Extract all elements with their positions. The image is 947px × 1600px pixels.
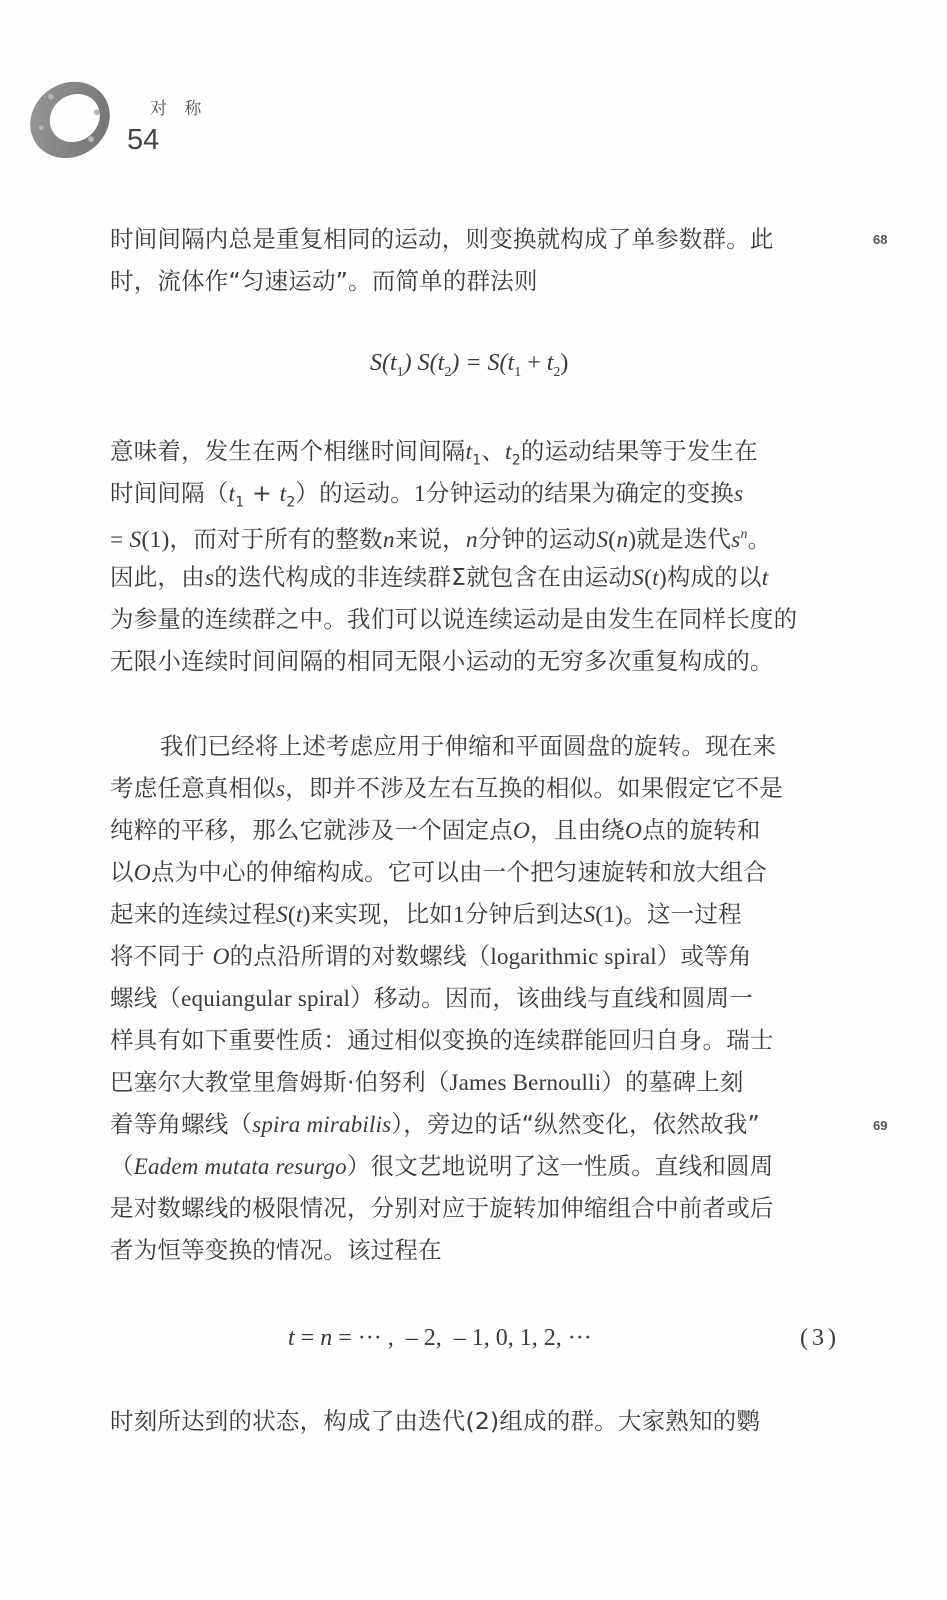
- text-run: 就是迭代: [636, 525, 731, 553]
- math-var: S: [583, 902, 595, 928]
- eq-part: S(: [370, 350, 390, 376]
- text-run: 来说，: [395, 525, 466, 553]
- text-run: 构成的以: [667, 563, 762, 591]
- math-arg: (1): [141, 527, 169, 553]
- text-run: ）的墓碑上刻: [601, 1068, 743, 1096]
- text-run: 纯粹的平移，那么它就涉及一个固定点: [110, 816, 513, 844]
- math-var: t: [505, 439, 512, 465]
- eq-part: ) S(: [404, 350, 438, 376]
- math-arg: (1): [595, 902, 623, 928]
- math-paren: (: [644, 565, 652, 591]
- equation-group-law: S(t1) S(t2) = S(t1 + t2): [370, 350, 568, 381]
- text-run: 将不同于: [110, 942, 212, 970]
- math-var: S: [130, 527, 142, 553]
- text-run: 来实现，比如: [311, 900, 453, 928]
- math-var: n: [616, 527, 628, 553]
- eq-part: ) = S(: [451, 350, 507, 376]
- text-line: 为参量的连续群之中。我们可以说连续运动是由发生在同样长度的: [110, 604, 845, 634]
- math-paren: ): [303, 902, 311, 928]
- margin-page-ref-top: 68: [873, 232, 887, 247]
- math-paren: (: [288, 902, 296, 928]
- eq-sub: 1: [397, 365, 404, 380]
- text-line: 无限小连续时间间隔的相同无限小运动的无穷多次重复构成的。: [110, 646, 845, 676]
- text-run: ，即并不涉及左右互换的相似。如果假定它不是: [285, 774, 783, 802]
- text-line: 时，流体作“匀速运动”。而简单的群法则: [110, 266, 845, 296]
- math-var: s: [734, 481, 743, 507]
- math-var: n: [383, 527, 395, 553]
- text-run: 的迭代构成的非连续群Σ就包含在由运动: [214, 563, 632, 591]
- number: 1: [453, 902, 465, 928]
- text-run: 点的旋转和: [642, 816, 761, 844]
- text-run: 分钟后到达: [465, 900, 584, 928]
- math-var: n: [466, 527, 478, 553]
- eq-op: =: [295, 1325, 321, 1351]
- text-run: 。: [748, 525, 772, 553]
- text-run: 着等角螺线（: [110, 1110, 252, 1138]
- text-line: 纯粹的平移，那么它就涉及一个固定点O，且由绕O点的旋转和: [110, 815, 845, 846]
- eq-var: t: [390, 350, 397, 376]
- eq-var: t: [288, 1325, 295, 1351]
- eq-part: = ··· , – 2, – 1, 0, 1, 2, ···: [332, 1325, 592, 1351]
- eq-var: n: [320, 1325, 332, 1351]
- text-run: ）移动。因而，该曲线与直线和圆周一: [350, 984, 753, 1012]
- text-run: 因此，由: [110, 563, 205, 591]
- text-line: 样具有如下重要性质：通过相似变换的连续群能回归自身。瑞士: [110, 1025, 845, 1055]
- text-line: = S(1)，而对于所有的整数n来说，n分钟的运动S(n)就是迭代sn。: [110, 520, 845, 555]
- math-sup: n: [740, 527, 747, 542]
- text-line: 意味着，发生在两个相继时间间隔t1、t2的运动结果等于发生在: [110, 436, 845, 476]
- text-run: 螺线（: [110, 984, 181, 1012]
- math-var: s: [205, 565, 214, 591]
- text-run: 分钟的运动: [478, 525, 597, 553]
- latin-term: Eadem mutata resurgo: [134, 1154, 347, 1179]
- text-run: ）或等角: [657, 942, 752, 970]
- text-line: 考虑任意真相似s，即并不涉及左右互换的相似。如果假定它不是: [110, 773, 845, 804]
- text-run: 意味着，发生在两个相继时间间隔: [110, 437, 466, 465]
- latin-term: logarithmic spiral: [490, 944, 656, 969]
- math-var: s: [276, 776, 285, 802]
- text-line: 螺线（equiangular spiral）移动。因而，该曲线与直线和圆周一: [110, 983, 845, 1014]
- math-sub: 1: [472, 453, 481, 469]
- margin-page-ref-middle: 69: [873, 1118, 887, 1133]
- math-var: t: [296, 902, 303, 928]
- math-sub: 1: [235, 495, 244, 511]
- text-line: 时间间隔内总是重复相同的运动，则变换就构成了单参数群。此: [110, 224, 845, 254]
- text-line: （Eadem mutata resurgo）很文艺地说明了这一性质。直线和圆周: [110, 1151, 845, 1182]
- math-paren: ): [659, 565, 667, 591]
- math-var: O: [625, 818, 642, 844]
- latin-term: spira mirabilis: [252, 1112, 391, 1137]
- text-run: 巴塞尔大教堂里詹姆斯·伯努利（: [110, 1068, 449, 1096]
- equation-number: (3): [800, 1325, 840, 1352]
- number: 1: [414, 481, 426, 507]
- running-title: 对 称: [150, 94, 207, 119]
- text-run: 分钟运动的结果为确定的变换: [426, 479, 734, 507]
- math-var: S: [276, 902, 288, 928]
- text-run: 的运动结果等于发生在: [521, 437, 758, 465]
- text-line: 因此，由s的迭代构成的非连续群Σ就包含在由运动S(t)构成的以t: [110, 562, 845, 593]
- book-page: 对 称 54 68 69 时间间隔内总是重复相同的运动，则变换就构成了单参数群。…: [0, 0, 947, 1600]
- text-run: ，而对于所有的整数: [170, 525, 383, 553]
- text-line: 者为恒等变换的情况。该过程在: [110, 1235, 845, 1265]
- text-line: 我们已经将上述考虑应用于伸缩和平面圆盘的旋转。现在来: [160, 731, 895, 761]
- text-run: ）的运动。: [295, 479, 414, 507]
- text-run: （: [110, 1152, 134, 1180]
- text-run: 起来的连续过程: [110, 900, 276, 928]
- text-run: 。这一过程: [623, 900, 742, 928]
- latin-term: James Bernoulli: [449, 1070, 601, 1095]
- text-run: ）很文艺地说明了这一性质。直线和圆周: [347, 1152, 774, 1180]
- math-var: O: [513, 818, 530, 844]
- text-run: 考虑任意真相似: [110, 774, 276, 802]
- mobius-ring-icon: [22, 70, 118, 166]
- latin-term: equiangular spiral: [181, 986, 350, 1011]
- eq-part: ): [560, 350, 568, 376]
- text-run: 时间间隔（: [110, 479, 229, 507]
- text-line: 将不同于 O的点沿所谓的对数螺线（logarithmic spiral）或等角: [110, 941, 845, 972]
- math-var: O: [212, 944, 229, 970]
- text-run: ），旁边的话“纵然变化，依然故我”: [391, 1110, 760, 1138]
- math-var: S: [632, 565, 644, 591]
- eq-op: +: [521, 350, 547, 376]
- text-line: 时刻所达到的状态，构成了由迭代(2)组成的群。大家熟知的鹦: [110, 1406, 845, 1436]
- text-run: 点为中心的伸缩构成。它可以由一个把匀速旋转和放大组合: [151, 858, 767, 886]
- math-op: =: [110, 527, 130, 553]
- equation-integer-times: t = n = ··· , – 2, – 1, 0, 1, 2, ···: [288, 1325, 592, 1352]
- text-line: 是对数螺线的极限情况，分别对应于旋转加伸缩组合中前者或后: [110, 1193, 845, 1223]
- math-op: +: [244, 479, 279, 507]
- page-number: 54: [127, 124, 159, 157]
- text-line: 时间间隔（t1 + t2）的运动。1分钟运动的结果为确定的变换s: [110, 478, 845, 518]
- text-line: 以O点为中心的伸缩构成。它可以由一个把匀速旋转和放大组合: [110, 857, 845, 888]
- math-var: O: [134, 860, 151, 886]
- text-run: 、: [481, 437, 505, 465]
- text-run: 的点沿所谓的对数螺线（: [230, 942, 491, 970]
- math-var: S: [596, 527, 608, 553]
- text-run: ，且由绕: [530, 816, 625, 844]
- text-line: 起来的连续过程S(t)来实现，比如1分钟后到达S(1)。这一过程: [110, 899, 845, 930]
- text-run: 以: [110, 858, 134, 886]
- math-var: t: [762, 565, 769, 591]
- text-line: 巴塞尔大教堂里詹姆斯·伯努利（James Bernoulli）的墓碑上刻: [110, 1067, 845, 1098]
- text-line: 着等角螺线（spira mirabilis），旁边的话“纵然变化，依然故我”: [110, 1109, 845, 1140]
- math-sub: 2: [512, 453, 521, 469]
- math-var: t: [652, 565, 659, 591]
